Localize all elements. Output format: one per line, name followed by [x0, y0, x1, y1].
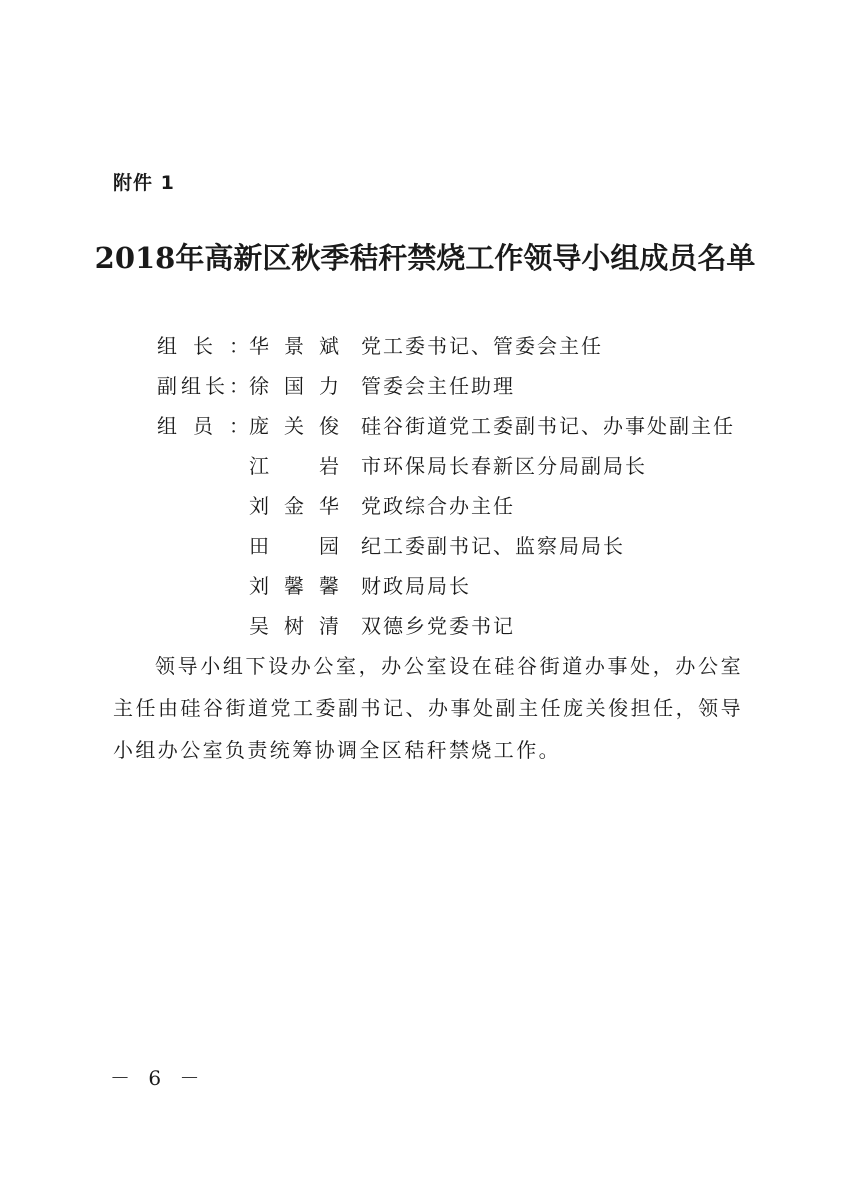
attachment-label: 附件 1 — [113, 168, 175, 195]
member-name: 江岩 — [249, 450, 339, 479]
member-row: 组员：庞关俊硅谷街道党工委副书记、办事处副主任 — [157, 404, 735, 444]
member-row: 江岩市环保局长春新区分局副局长 — [157, 444, 735, 484]
member-position: 双德乡党委书记 — [361, 610, 515, 639]
member-position: 管委会主任助理 — [361, 370, 515, 399]
member-position: 纪工委副书记、监察局局长 — [361, 530, 625, 559]
member-position: 党工委书记、管委会主任 — [361, 330, 603, 359]
member-position: 财政局局长 — [361, 570, 471, 599]
member-row: 刘馨馨财政局局长 — [157, 564, 735, 604]
member-name: 田园 — [249, 530, 339, 559]
member-row: 吴树清双德乡党委书记 — [157, 604, 735, 644]
body-paragraph: 领导小组下设办公室，办公室设在硅谷街道办事处，办公室主任由硅谷街道党工委副书记、… — [113, 645, 743, 771]
member-position: 党政综合办主任 — [361, 490, 515, 519]
member-name: 吴树清 — [249, 610, 339, 639]
member-row: 副组长：徐国力管委会主任助理 — [157, 364, 735, 404]
member-name: 庞关俊 — [249, 410, 339, 439]
member-position: 市环保局长春新区分局副局长 — [361, 450, 647, 479]
member-roster: 组长：华景斌党工委书记、管委会主任副组长：徐国力管委会主任助理组员：庞关俊硅谷街… — [157, 324, 735, 644]
member-role: 副组长： — [157, 370, 249, 399]
member-row: 田园纪工委副书记、监察局局长 — [157, 524, 735, 564]
document-title: 2018年高新区秋季秸秆禁烧工作领导小组成员名单 — [0, 236, 850, 277]
member-name: 刘馨馨 — [249, 570, 339, 599]
member-name: 华景斌 — [249, 330, 339, 359]
member-name: 徐国力 — [249, 370, 339, 399]
member-role: 组长： — [157, 330, 249, 359]
member-position: 硅谷街道党工委副书记、办事处副主任 — [361, 410, 735, 439]
document-page: 附件 1 2018年高新区秋季秸秆禁烧工作领导小组成员名单 组长：华景斌党工委书… — [0, 0, 850, 1200]
page-number: － 6 － — [110, 1062, 205, 1091]
member-name: 刘金华 — [249, 490, 339, 519]
member-row: 刘金华党政综合办主任 — [157, 484, 735, 524]
member-row: 组长：华景斌党工委书记、管委会主任 — [157, 324, 735, 364]
member-role: 组员： — [157, 410, 249, 439]
